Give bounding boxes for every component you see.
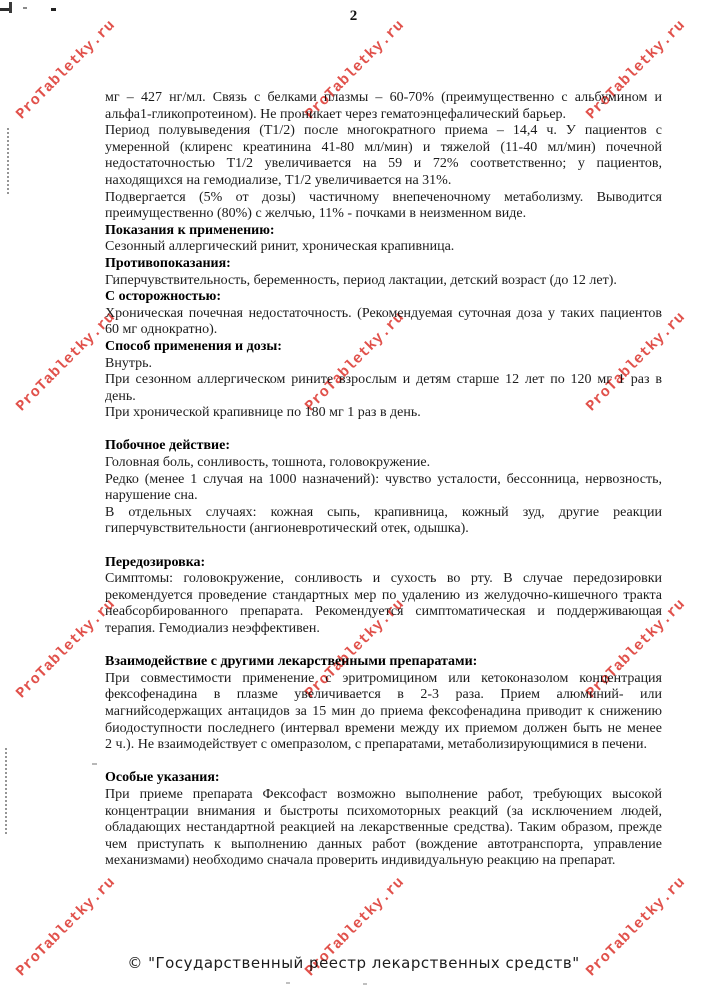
text-line: 60 мг однократно). <box>105 322 662 339</box>
scanned-document-page: 2 мг – 427 нг/мл. Связь с белками плазмы… <box>0 0 707 1000</box>
text-line: При сезонном аллергическом рините взросл… <box>105 372 662 389</box>
text-line: чем приступать к выполнению данных работ… <box>105 837 662 854</box>
text-line: неабсорбированного препарата. Рекомендуе… <box>105 604 662 621</box>
section-heading: Взаимодействие с другими лекарственными … <box>105 654 662 671</box>
text-line: фексофенадина в плазме увеличивается в 2… <box>105 687 662 704</box>
text-line: Хроническая почечная недостаточность. (Р… <box>105 306 662 323</box>
text-line: гиперчувствительности (ангионевротически… <box>105 521 662 538</box>
blank-line <box>105 638 662 655</box>
section-heading: С осторожностью: <box>105 289 662 306</box>
text-line: мг – 427 нг/мл. Связь с белками плазмы –… <box>105 90 662 107</box>
section-heading: Показания к применению: <box>105 223 662 240</box>
text-line: Головная боль, сонливость, тошнота, голо… <box>105 455 662 472</box>
watermark-text: ProTabletky.ru <box>13 309 119 415</box>
section-heading: Противопоказания: <box>105 256 662 273</box>
scan-artifact-speck <box>286 982 290 984</box>
section-heading: Побочное действие: <box>105 438 662 455</box>
text-line: альфа1-гликопротеином). Не проникает чер… <box>105 107 662 124</box>
blank-line <box>105 538 662 555</box>
text-line: Сезонный аллергический ринит, хроническа… <box>105 239 662 256</box>
text-line: При хронической крапивнице по 180 мг 1 р… <box>105 405 662 422</box>
text-line: механизмами) необходимо сначала проверит… <box>105 853 662 870</box>
blank-line <box>105 422 662 439</box>
text-line: терапия. Гемодиализ неэффективен. <box>105 621 662 638</box>
text-line: преимущественно (80%) с желчью, 11% - по… <box>105 206 662 223</box>
text-line: магнийсодержащих антацидов за 15 мин до … <box>105 704 662 721</box>
section-heading: Особые указания: <box>105 770 662 787</box>
text-line: обладающих нестандартной реакцией на лек… <box>105 820 662 837</box>
scan-artifact-speck <box>92 763 97 765</box>
scan-artifact-speck <box>363 983 367 985</box>
text-line: биодоступности последнего (интервал врем… <box>105 721 662 738</box>
watermark-text: ProTabletky.ru <box>13 17 119 123</box>
text-line: день. <box>105 389 662 406</box>
text-line: концентрации внимания и быстроты психомо… <box>105 804 662 821</box>
text-line: находящихся на гемодиализе, Т1/2 увеличи… <box>105 173 662 190</box>
watermark-text: ProTabletky.ru <box>13 596 119 702</box>
text-line: умеренной (клиренс креатинина 41-80 мл/м… <box>105 140 662 157</box>
section-heading: Передозировка: <box>105 555 662 572</box>
scan-artifact-edge-dots <box>7 128 9 194</box>
text-line: рекомендуется проведение стандартных мер… <box>105 588 662 605</box>
text-line: Период полувыведения (Т1/2) после многок… <box>105 123 662 140</box>
text-line: Гиперчувствительность, беременность, пер… <box>105 273 662 290</box>
text-line: В отдельных случаях: кожная сыпь, крапив… <box>105 505 662 522</box>
text-line: Редко (менее 1 случая на 1000 назначений… <box>105 472 662 489</box>
text-line: При совместимости применение с эритромиц… <box>105 671 662 688</box>
footer-copyright: © "Государственный реестр лекарственных … <box>0 954 707 972</box>
text-line: нарушение сна. <box>105 488 662 505</box>
text-line: Подвергается (5% от дозы) частичному вне… <box>105 190 662 207</box>
section-heading: Способ применения и дозы: <box>105 339 662 356</box>
blank-line <box>105 754 662 771</box>
text-line: При приеме препарата Фексофаст возможно … <box>105 787 662 804</box>
text-line: Симптомы: головокружение, сонливость и с… <box>105 571 662 588</box>
page-number: 2 <box>0 8 707 25</box>
scan-artifact-edge-dots <box>5 748 7 834</box>
document-text: мг – 427 нг/мл. Связь с белками плазмы –… <box>105 90 662 870</box>
text-line: 2 ч.). Не взаимодействует с омепразолом,… <box>105 737 662 754</box>
text-line: недостаточностью Т1/2 увеличивается на 5… <box>105 156 662 173</box>
text-line: Внутрь. <box>105 356 662 373</box>
